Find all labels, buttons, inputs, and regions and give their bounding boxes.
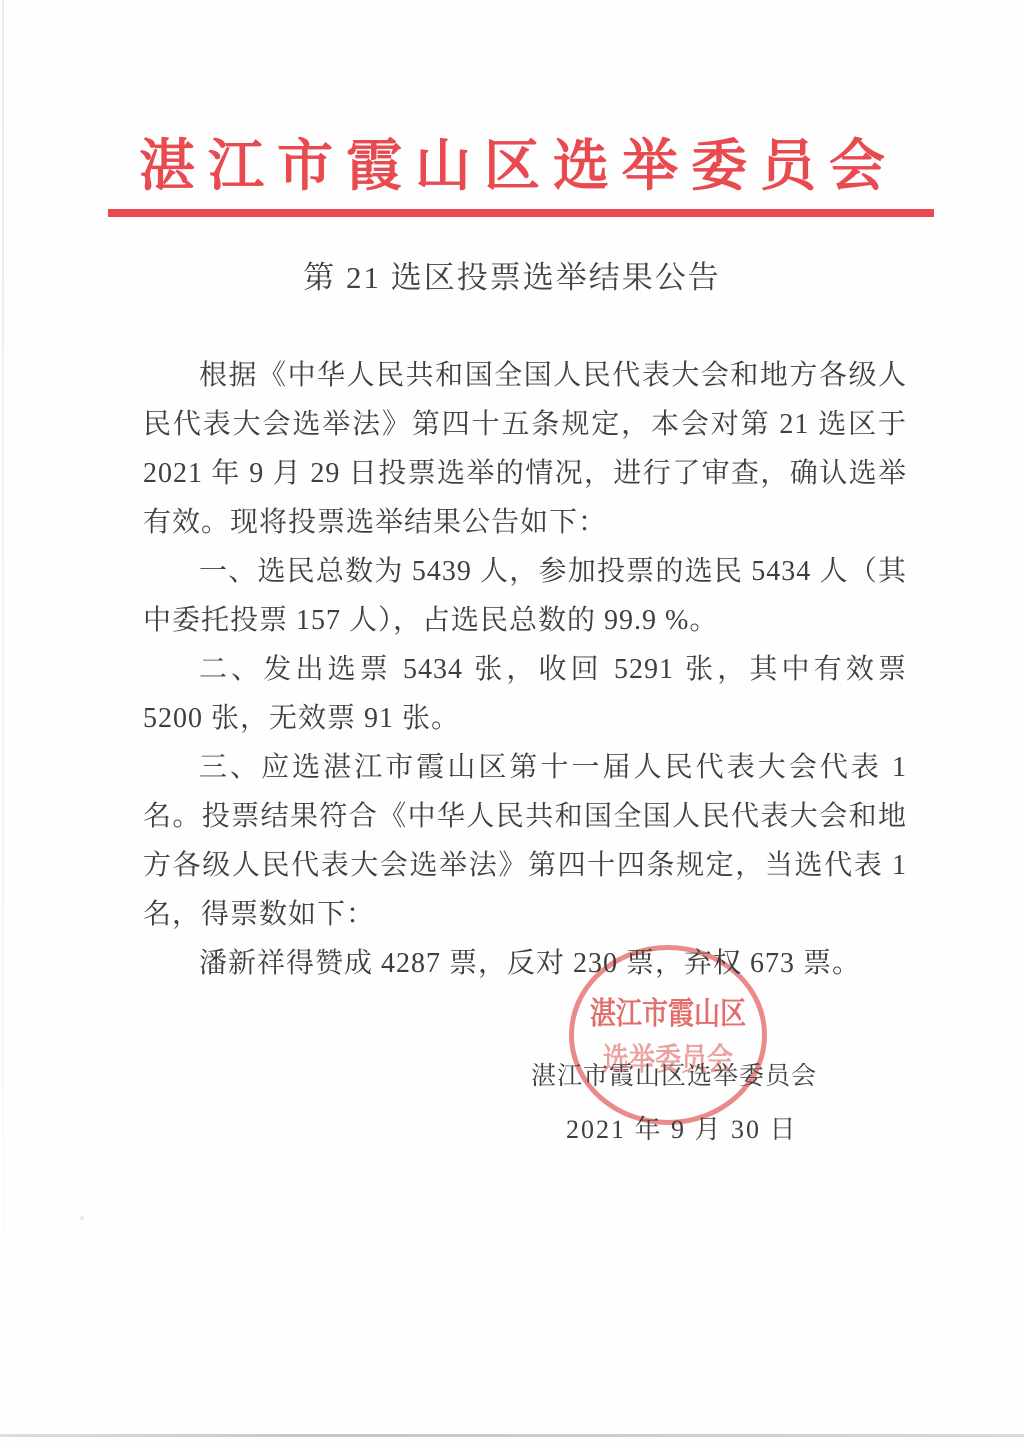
organization-title: 湛江市霞山区选举委员会: [0, 122, 1024, 202]
paragraph-item-1-voter-totals: 一、选民总数为 5439 人，参加投票的选民 5434 人（其中委托投票 157…: [143, 547, 907, 645]
paragraph-vote-tally: 潘新祥得赞成 4287 票，反对 230 票，弃权 673 票。: [143, 939, 907, 988]
document-title: 第 21 选区投票选举结果公告: [0, 252, 1024, 297]
paragraph-item-2-ballot-counts: 二、发出选票 5434 张，收回 5291 张，其中有效票 5200 张，无效票…: [143, 645, 907, 743]
paragraph-intro: 根据《中华人民共和国全国人民代表大会和地方各级人民代表大会选举法》第四十五条规定…: [143, 351, 907, 547]
red-divider-rule: [108, 209, 934, 217]
scan-left-edge-artifact: [2, 0, 4, 1390]
paragraph-item-3-election-result: 三、应选湛江市霞山区第十一届人民代表大会代表 1 名。投票结果符合《中华人民共和…: [143, 743, 907, 939]
signature-date: 2021 年 9 月 30 日: [566, 1109, 798, 1146]
seal-text-line1: 湛江市霞山区: [589, 988, 747, 1033]
signature-committee-name: 湛江市霞山区选举委员会: [531, 1056, 817, 1092]
announcement-body: 根据《中华人民共和国全国人民代表大会和地方各级人民代表大会选举法》第四十五条规定…: [143, 351, 907, 988]
scan-bottom-edge-artifact: [0, 1434, 1024, 1437]
announcement-document: 湛江市霞山区选举委员会 第 21 选区投票选举结果公告 根据《中华人民共和国全国…: [0, 0, 1024, 1447]
scan-speck-artifact: [80, 1216, 84, 1220]
